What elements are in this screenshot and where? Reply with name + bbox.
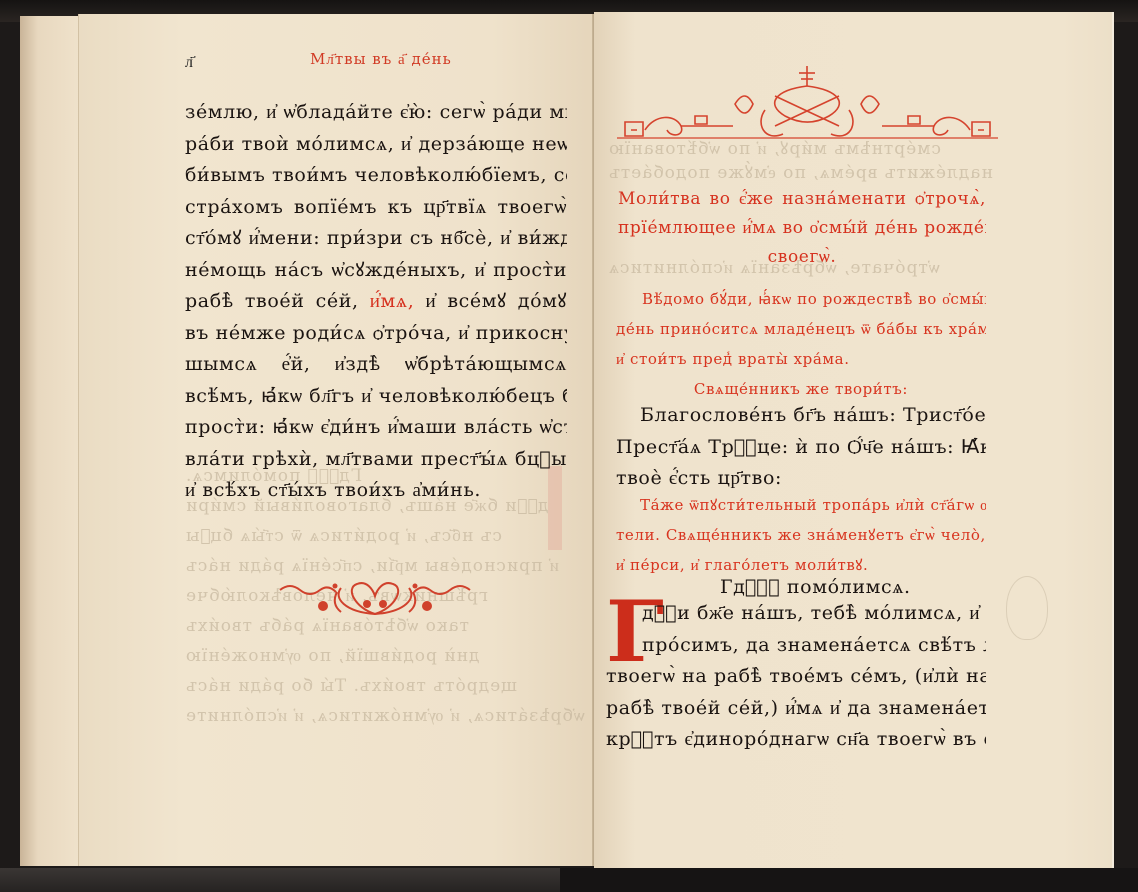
running-head: Мл҃твы въ а҃ де́нь (310, 50, 452, 69)
bleed-through-text: днѝ роди́вшїй, по ѹ҆множе́нїю (185, 646, 479, 666)
red-name-marker: и҆́мѧ, (370, 290, 415, 312)
rubric-line: тели. Свѧще́нникъ же зна́менꙋетъ є҆гѡ̀ ч… (616, 520, 986, 550)
text-line: Прест҃а́ѧ Трⷪ҇це: ѝ по Ѻ҆́ч҃е на́шъ: Ꙗ҆́… (616, 432, 986, 464)
text-span: рабѣ̀ твое́й се́й, (185, 290, 359, 312)
rubric-line: де́нь прино́ситсѧ младе́нецъ ѿ ба́бы къ … (616, 314, 986, 344)
text-line: твоегѡ̀ на рабѣ̀ твое́мъ се́мъ, (и҆лѝ на (606, 661, 986, 693)
prayer-body: дⷭ҇и бж҃е на́шъ, тебѣ̀ мо́лимсѧ, и҆ тебѐ… (606, 598, 986, 756)
rubric-instructions: Та́же ѿпꙋсти́тельный тропа́рь и҆лѝ ст҃а́… (616, 490, 986, 580)
bleed-through-text: надле́житъ вре́мѧ, по е҆мꙋ́же подоба́етъ (608, 160, 993, 183)
text-line: ра́би твоѝ мо́лимсѧ, и҆ дерза́юще неѡ҆сл… (185, 129, 567, 161)
bleed-through-text: съ нб҃съ, и҆ роди́тисѧ ѿ ст҃ы́ѧ бцⷣы (185, 526, 502, 546)
bleed-through-text: ѡ҆брѣза́тисѧ, и҆ ѹ҆мно́житисѧ, и҆ и҆спо́… (185, 706, 585, 726)
blessing-text: Благослове́нъ бг҃ъ на́шъ: Трист҃о́е. Пре… (616, 400, 986, 495)
cover-flap (0, 868, 560, 892)
book-cover-bottom (0, 868, 1138, 892)
text-line: и҆ всѣ́хъ ст҃ы́хъ твои́хъ а҆ми́нь. (185, 475, 567, 507)
text-line: крⷭ҇тъ є҆диноро́днагѡ сн҃а твоегѡ̀ въ се… (606, 724, 986, 756)
text-line: стра́хомъ вопїе́мъ къ цр҃твїѧ твоегѡ̀ (185, 192, 567, 224)
floral-ornament (275, 578, 475, 620)
rubric-instructions: Вѣ́домо бꙋ́ди, ꙗ҆́кѡ по рождествѣ̀ во о҆… (616, 284, 986, 404)
rubric-line: Вѣ́домо бꙋ́ди, ꙗ҆́кѡ по рождествѣ̀ во о҆… (616, 284, 986, 314)
page-number: л҃ (185, 52, 193, 72)
text-line: рабѣ̀ твое́й се́й,) и҆́мѧ и҆ да знамена́… (606, 693, 986, 725)
bleed-through-text: щедро́тъ твои́хъ. Ты́ бо ра́ди на́съ (185, 676, 517, 696)
rubric-line: и҆ стои́тъ пред̾ враты̀ хра́ма. (616, 344, 986, 374)
text-line: Благослове́нъ бг҃ъ на́шъ: Трист҃о́е. (616, 400, 986, 432)
title-line: прїе́млющее и҆́мѧ во о҆смы́й де́нь рожде… (618, 214, 986, 243)
text-span: и҆ все́мꙋ до́мꙋ (425, 290, 567, 312)
text-line: въ не́мже роди́сѧ ѻ҆тро́ча, и҆ прикосну́… (185, 318, 567, 350)
bleed-through-text: и҆ присноде́вы мр҃і́и, сп҃се́нїѧ ра́ди н… (185, 556, 559, 576)
text-line: про́симъ, да знамена́етсѧ свѣ́тъ лица̀ (606, 630, 986, 662)
text-line: рабѣ̀ твое́й се́й, и҆́мѧ, и҆ все́мꙋ до́м… (185, 286, 567, 318)
title-line: своегѡ̀. (618, 243, 986, 272)
text-line: ст҃о́мꙋ и҆́мени: при́зри съ нб҃сѐ, и҆ ви… (185, 223, 567, 255)
text-line: зе́млю, и҆ ѡ҆блада́йте є҆ю̀: сегѡ̀ ра́ди… (185, 97, 567, 129)
text-line: шымсѧ е҆́й, и҆здѣ̀ ѡ҆брѣта́ющымсѧ (185, 349, 567, 381)
text-line: не́мощь на́съ ѡ҆сꙋжде́ныхъ, и҆ прост̀и (185, 255, 567, 287)
title-line: Моли́тва во є҆́же назна́менати ѻ҆трочѧ̀, (618, 185, 986, 214)
bleed-through-text: сме́ртнѣмъ ми́рꙋ, и҆ по ѡ҆бѣ́тованїю (608, 136, 941, 159)
text-line: дⷭ҇и бж҃е на́шъ, тебѣ̀ мо́лимсѧ, и҆ тебѐ (606, 598, 986, 630)
paper-watermark (1006, 576, 1048, 640)
text-line: би́вымъ твои́мъ человѣколю́бїемъ, со (185, 160, 567, 192)
rubric-line: Та́же ѿпꙋсти́тельный тропа́рь и҆лѝ ст҃а́… (616, 490, 986, 520)
prayer-title: Моли́тва во є҆́же назна́менати ѻ҆трочѧ̀,… (618, 185, 986, 272)
page-edge-stack (20, 16, 81, 866)
text-line: всѣ́мъ, ꙗ҆́кѡ бл҃гъ и҆ человѣколю́бецъ б… (185, 381, 567, 413)
text-line: вла́ти грѣхѝ, мл҃твами прест҃ꙑ́ѧ бцⷣы (185, 444, 567, 476)
left-page-body: зе́млю, и҆ ѡ҆блада́йте є҆ю̀: сегѡ̀ ра́ди… (185, 97, 567, 507)
text-line: прост̀и: ꙗ҆́кѡ є҆ди́нъ и҆́маши вла́сть ѡ… (185, 412, 567, 444)
